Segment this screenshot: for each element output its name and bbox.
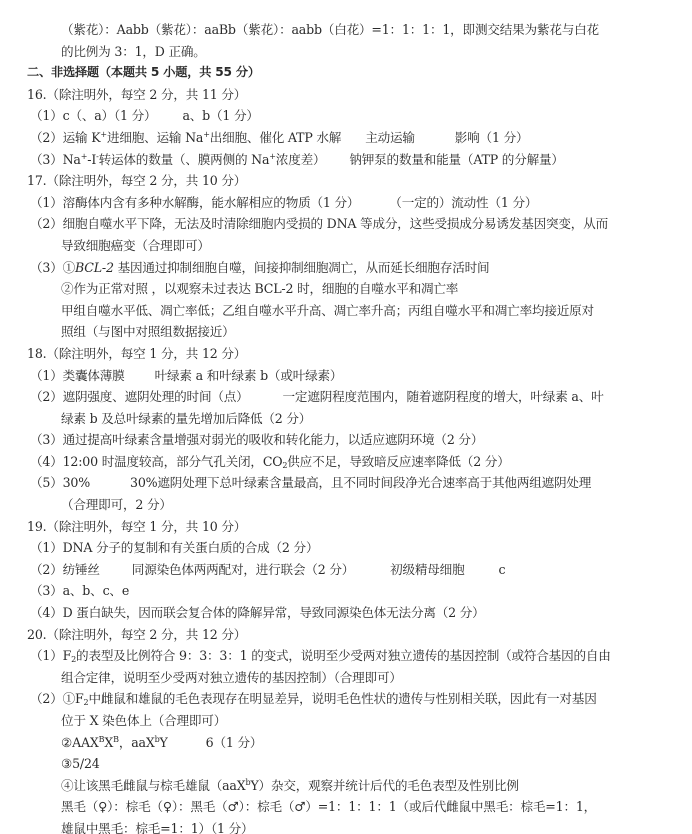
q18-answer-4: （4）12:00 时温度较高，部分气孔关闭，CO2供应不足，导致暗反应速率降低（…: [0, 451, 692, 473]
q18-header: 18.（除注明外，每空 1 分，共 12 分）: [0, 343, 692, 365]
q17-header: 17.（除注明外，每空 2 分，共 10 分）: [0, 170, 692, 192]
answer-key-page: （紫花）：Aabb（紫花）：aaBb（紫花）：aabb（白花）=1：1：1：1，…: [0, 19, 692, 834]
q18-answer-2-cont: 绿素 b 及总叶绿素的量先增加后降低（2 分）: [0, 408, 692, 430]
q16-answer-2: （2）运输 K+进细胞、运输 Na+出细胞、催化 ATP 水解主动运输影响（1 …: [0, 127, 692, 149]
carryover-line-1: （紫花）：Aabb（紫花）：aaBb（紫花）：aabb（白花）=1：1：1：1，…: [0, 19, 692, 41]
q17-answer-3-sub-2b-cont: 照组（与图中对照组数据接近）: [0, 321, 692, 343]
q20-answer-2: （2）①F2中雌鼠和雄鼠的毛色表现存在明显差异，说明毛色性状的遗传与性别相关联，…: [0, 688, 692, 710]
q19-answer-1: （1）DNA 分子的复制和有关蛋白质的合成（2 分）: [0, 537, 692, 559]
q20-answer-1-cont: 组合定律，说明至少受两对独立遗传的基因控制）（合理即可）: [0, 667, 692, 689]
q16-answer-3: （3）Na+-I-转运体的数量（、膜两侧的 Na+浓度差）钠钾泵的数量和能量（A…: [0, 149, 692, 171]
q19-header: 19.（除注明外，每空 1 分，共 10 分）: [0, 516, 692, 538]
q17-answer-3-sub-2: ②作为正常对照 ，以观察未过表达 BCL-2 时，细胞的自噬水平和凋亡率: [0, 278, 692, 300]
q17-answer-3-sub-2b: 甲组自噬水平低、凋亡率低；乙组自噬水平升高、凋亡率升高；丙组自噬水平和凋亡率均接…: [0, 300, 692, 322]
q20-answer-2-sub-4-line2: 黑毛（♀）：棕毛（♀）：黑毛（♂）：棕毛（♂）=1：1：1：1（或后代雌鼠中黑毛…: [0, 796, 692, 818]
q16-answer-1: （1）c（、a）（1 分）a、b（1 分）: [0, 105, 692, 127]
q19-answer-3: （3）a、b、c、e: [0, 580, 692, 602]
q16-header: 16.（除注明外，每空 2 分，共 11 分）: [0, 84, 692, 106]
q17-answer-2: （2）细胞自噬水平下降，无法及时清除细胞内受损的 DNA 等成分，这些受损成分易…: [0, 213, 692, 235]
q20-answer-1: （1）F2的表型及比例符合 9：3：3：1 的变式，说明至少受两对独立遗传的基因…: [0, 645, 692, 667]
q20-answer-2-sub-2: ②AAXBXB，aaXbY6（1 分）: [0, 732, 692, 754]
q17-answer-2-cont: 导致细胞癌变（合理即可）: [0, 235, 692, 257]
section-title: 二、非选择题（本题共 5 小题，共 55 分）: [0, 62, 692, 84]
q19-answer-2: （2）纺锤丝同源染色体两两配对，进行联会（2 分）初级精母细胞c: [0, 559, 692, 581]
q20-answer-2-sub-4-line3: 雄鼠中黑毛：棕毛=1：1）（1 分）: [0, 818, 692, 834]
q18-answer-5-cont: （合理即可，2 分）: [0, 494, 692, 516]
q17-answer-1: （1）溶酶体内含有多种水解酶，能水解相应的物质（1 分）（一定的）流动性（1 分…: [0, 192, 692, 214]
q17-answer-3: （3）①BCL-2 基因通过抑制细胞自噬，间接抑制细胞凋亡，从而延长细胞存活时间: [0, 257, 692, 279]
q20-answer-2-sub-3: ③5/24: [0, 753, 692, 775]
q18-answer-3: （3）通过提高叶绿素含量增强对弱光的吸收和转化能力，以适应遮阴环境（2 分）: [0, 429, 692, 451]
q18-answer-5: （5）30%30%遮阴处理下总叶绿素含量最高，且不同时间段净光合速率高于其他两组…: [0, 472, 692, 494]
carryover-line-2: 的比例为 3：1，D 正确。: [0, 41, 692, 63]
q20-answer-2-sub-1-cont: 位于 X 染色体上（合理即可）: [0, 710, 692, 732]
q18-answer-2: （2）遮阴强度、遮阴处理的时间（点）一定遮阴程度范围内，随着遮阴程度的增大，叶绿…: [0, 386, 692, 408]
q19-answer-4: （4）D 蛋白缺失，因而联会复合体的降解异常，导致同源染色体无法分离（2 分）: [0, 602, 692, 624]
q20-answer-2-sub-4: ④让该黑毛雌鼠与棕毛雄鼠（aaXbY）杂交，观察并统计后代的毛色表型及性别比例: [0, 775, 692, 797]
q20-header: 20.（除注明外，每空 2 分，共 12 分）: [0, 624, 692, 646]
q18-answer-1: （1）类囊体薄膜叶绿素 a 和叶绿素 b（或叶绿素）: [0, 365, 692, 387]
